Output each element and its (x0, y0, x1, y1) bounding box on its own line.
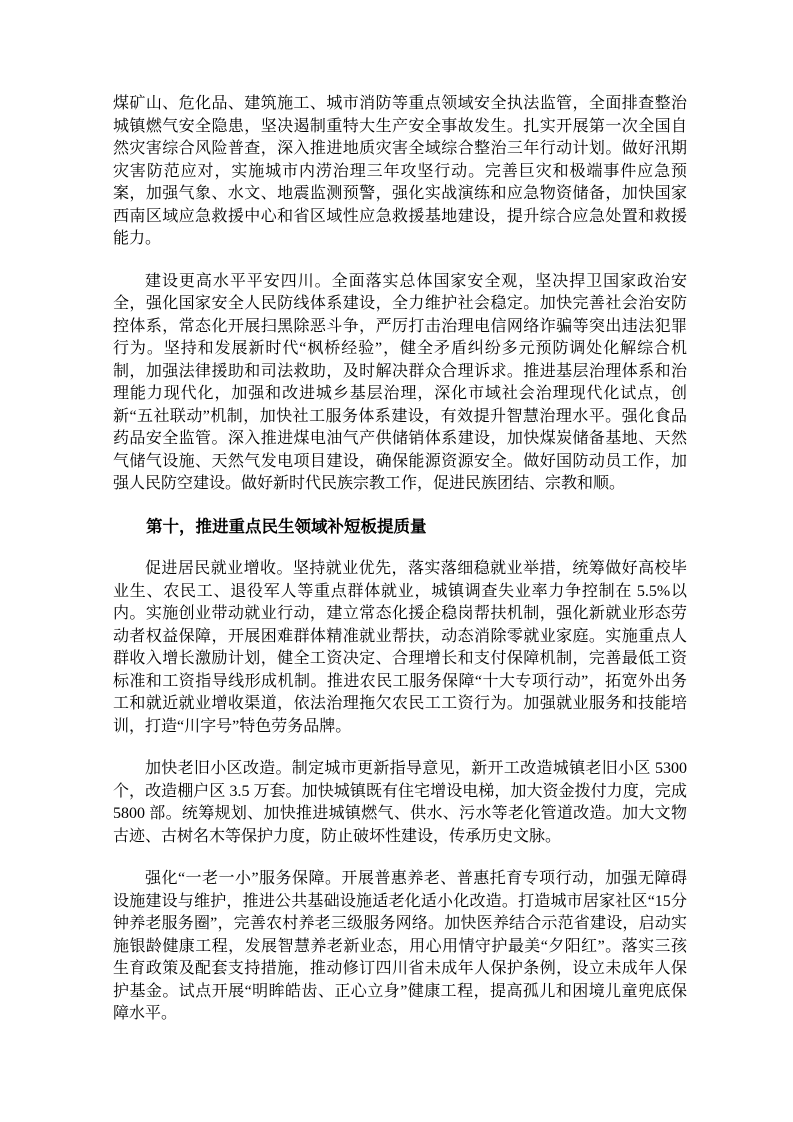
paragraph-peaceful-sichuan: 建设更高水平平安四川。全面落实总体国家安全观，坚决捍卫国家政治安全，强化国家安全… (113, 271, 687, 496)
section-heading: 第十，推进重点民生领域补短板提质量 (113, 516, 687, 539)
paragraph-elderly-children-services: 强化“一老一小”服务保障。开展普惠养老、普惠托育专项行动，加强无障碍设施建设与维… (113, 868, 687, 1026)
paragraph-safety-continuation: 煤矿山、危化品、建筑施工、城市消防等重点领域安全执法监管，全面排查整治城镇燃气安… (113, 93, 687, 251)
paragraph-old-community-renovation: 加快老旧小区改造。制定城市更新指导意见，新开工改造城镇老旧小区 5300 个，改… (113, 758, 687, 848)
paragraph-employment-income: 促进居民就业增收。坚持就业优先，落实落细稳就业举措，统筹做好高校毕业生、农民工、… (113, 558, 687, 738)
document-page-content: 煤矿山、危化品、建筑施工、城市消防等重点领域安全执法监管，全面排查整治城镇燃气安… (113, 93, 687, 1046)
